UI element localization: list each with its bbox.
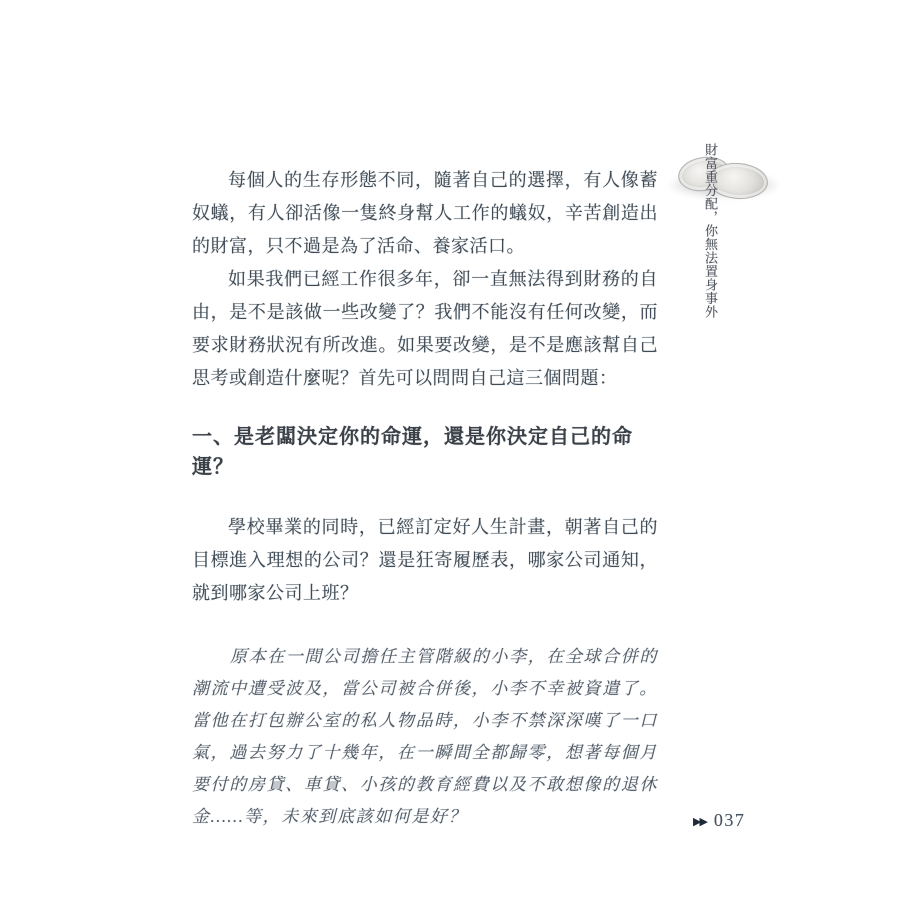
paragraph-3: 學校畢業的同時，已經訂定好人生計畫，朝著自己的目標進入理想的公司？還是狂寄履歷表… bbox=[192, 511, 658, 610]
paragraph-2: 如果我們已經工作很多年，卻一直無法得到財務的自由，是不是該做一些改變了？我們不能… bbox=[192, 263, 658, 395]
page-footer: ▶▶ 037 bbox=[693, 810, 745, 831]
coins-image bbox=[666, 152, 784, 208]
story-paragraph: 原本在一間公司擔任主管階級的小李，在全球合併的潮流中遭受波及，當公司被合併後，小… bbox=[192, 641, 658, 833]
paragraph-1: 每個人的生存形態不同，隨著自己的選擇，有人像蓄奴蟻，有人卻活像一隻終身幫人工作的… bbox=[192, 164, 658, 263]
double-right-arrow-icon: ▶▶ bbox=[693, 815, 706, 828]
chapter-title-vertical: 財富重分配，你無法置身事外 bbox=[701, 143, 720, 323]
section-heading: 一、是老闆決定你的命運，還是你決定自己的命運？ bbox=[192, 422, 658, 482]
page-content: 每個人的生存形態不同，隨著自己的選擇，有人像蓄奴蟻，有人卻活像一隻終身幫人工作的… bbox=[192, 164, 658, 833]
page-number: 037 bbox=[714, 810, 746, 831]
book-page: 財富重分配，你無法置身事外 每個人的生存形態不同，隨著自己的選擇，有人像蓄奴蟻，… bbox=[0, 0, 900, 900]
